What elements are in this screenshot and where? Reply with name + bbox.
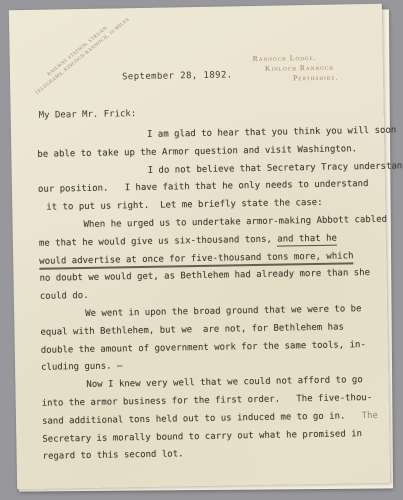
letterhead-line-3: Perthshire.	[293, 73, 339, 84]
body-text-segment: equal with Bethlehem, but we are not, fo…	[40, 322, 344, 337]
diagonal-station-stamp: RAILWAY STATION, STRUAN. TELEGRAMS, KINL…	[26, 8, 136, 101]
stamp-line-2: TELEGRAMS, KINLOCH-RANNOCH, 10 MILES	[30, 13, 135, 100]
date-line: September 28, 1892.	[122, 70, 233, 82]
body-text-segment: me that he would give us six-thousand to…	[39, 234, 278, 248]
body-text-segment: be able to take up the Armor question an…	[37, 144, 357, 160]
body-text-segment: The	[362, 411, 378, 421]
body-text-segment: When he urged us to undertake armor-maki…	[84, 215, 388, 230]
body-text-segment: regard to this second lot.	[43, 450, 184, 462]
body-text-segment: no doubt we would get, as Bethlehem had …	[39, 268, 370, 284]
photo-backdrop: RAILWAY STATION, STRUAN. TELEGRAMS, KINL…	[0, 0, 403, 500]
stamp-line-1: RAILWAY STATION, STRUAN.	[26, 8, 131, 95]
letter-page: RAILWAY STATION, STRUAN. TELEGRAMS, KINL…	[9, 4, 390, 489]
body-text-segment: it to put us right. Let me briefly state…	[46, 198, 322, 213]
body-text-segment: I do not believe that Secretary Tracy un…	[148, 161, 403, 176]
body-text-segment: cluding guns. —	[41, 362, 122, 373]
body-text-segment: into the armor business for the first or…	[42, 393, 373, 409]
letterhead: Rannoch Lodge. Kinloch Rannoch Perthshir…	[253, 53, 339, 84]
body-text-segment: our position. I have faith that he only …	[38, 179, 369, 195]
body-text-segment: double the amount of government work for…	[41, 340, 366, 356]
body-text-segment: Now I knew very well that we could not a…	[86, 375, 362, 390]
body-text: I am glad to hear that you think you wil…	[37, 123, 393, 467]
body-text-segment: sand additional tons held out to us indu…	[42, 411, 362, 427]
body-text-segment: We went in upon the broad ground that we…	[85, 304, 361, 319]
body-text-segment: I am glad to hear that you think you wil…	[147, 126, 396, 140]
salutation: My Dear Mr. Frick:	[39, 109, 137, 121]
underlined-text: and that he	[277, 233, 337, 246]
body-text-segment: could do.	[40, 291, 89, 302]
body-text-segment: Secretary is morally bound to carry out …	[42, 429, 362, 445]
